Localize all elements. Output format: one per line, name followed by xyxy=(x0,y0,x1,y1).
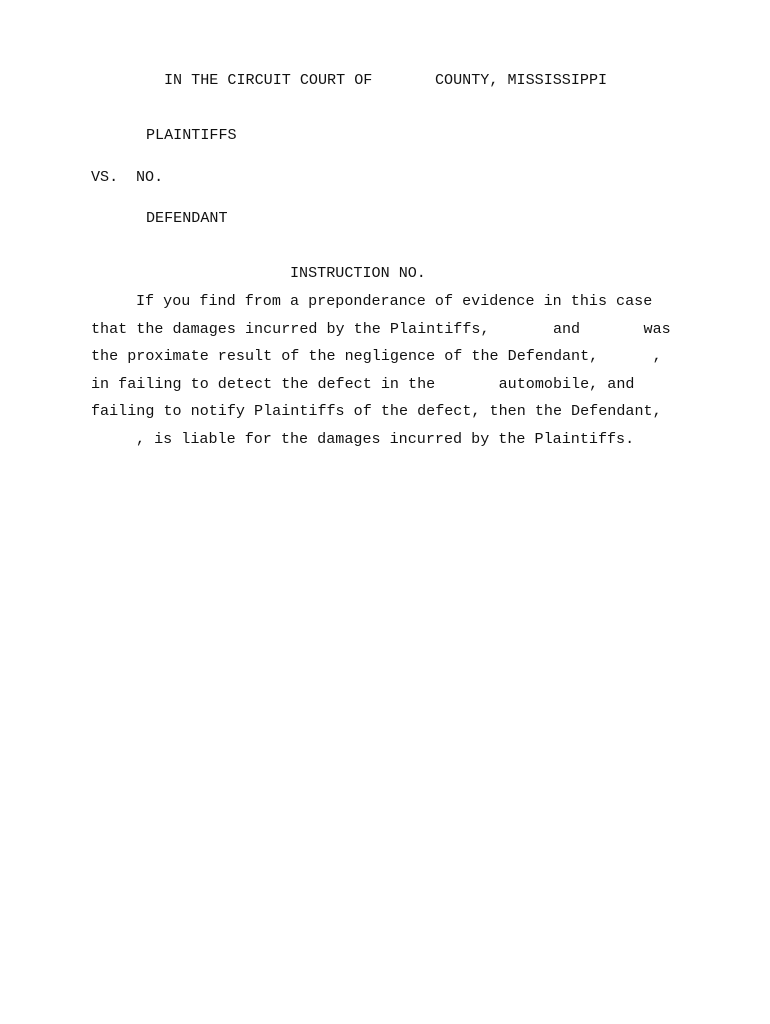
vs-label: VS. xyxy=(91,168,118,186)
court-heading-left: IN THE CIRCUIT COURT OF xyxy=(164,71,372,89)
instruction-title: INSTRUCTION NO. xyxy=(290,264,426,282)
defendant-label: DEFENDANT xyxy=(146,209,228,227)
body-line-3: the proximate result of the negligence o… xyxy=(91,347,662,365)
body-line-4: in failing to detect the defect in the a… xyxy=(91,375,634,393)
body-line-2: that the damages incurred by the Plainti… xyxy=(91,320,671,338)
plaintiffs-label: PLAINTIFFS xyxy=(146,126,237,144)
body-line-6: , is liable for the damages incurred by … xyxy=(136,430,634,448)
body-line-1: If you find from a preponderance of evid… xyxy=(136,292,652,310)
case-number-label: NO. xyxy=(136,168,163,186)
court-heading-right: COUNTY, MISSISSIPPI xyxy=(435,71,607,89)
body-line-5: failing to notify Plaintiffs of the defe… xyxy=(91,402,662,420)
